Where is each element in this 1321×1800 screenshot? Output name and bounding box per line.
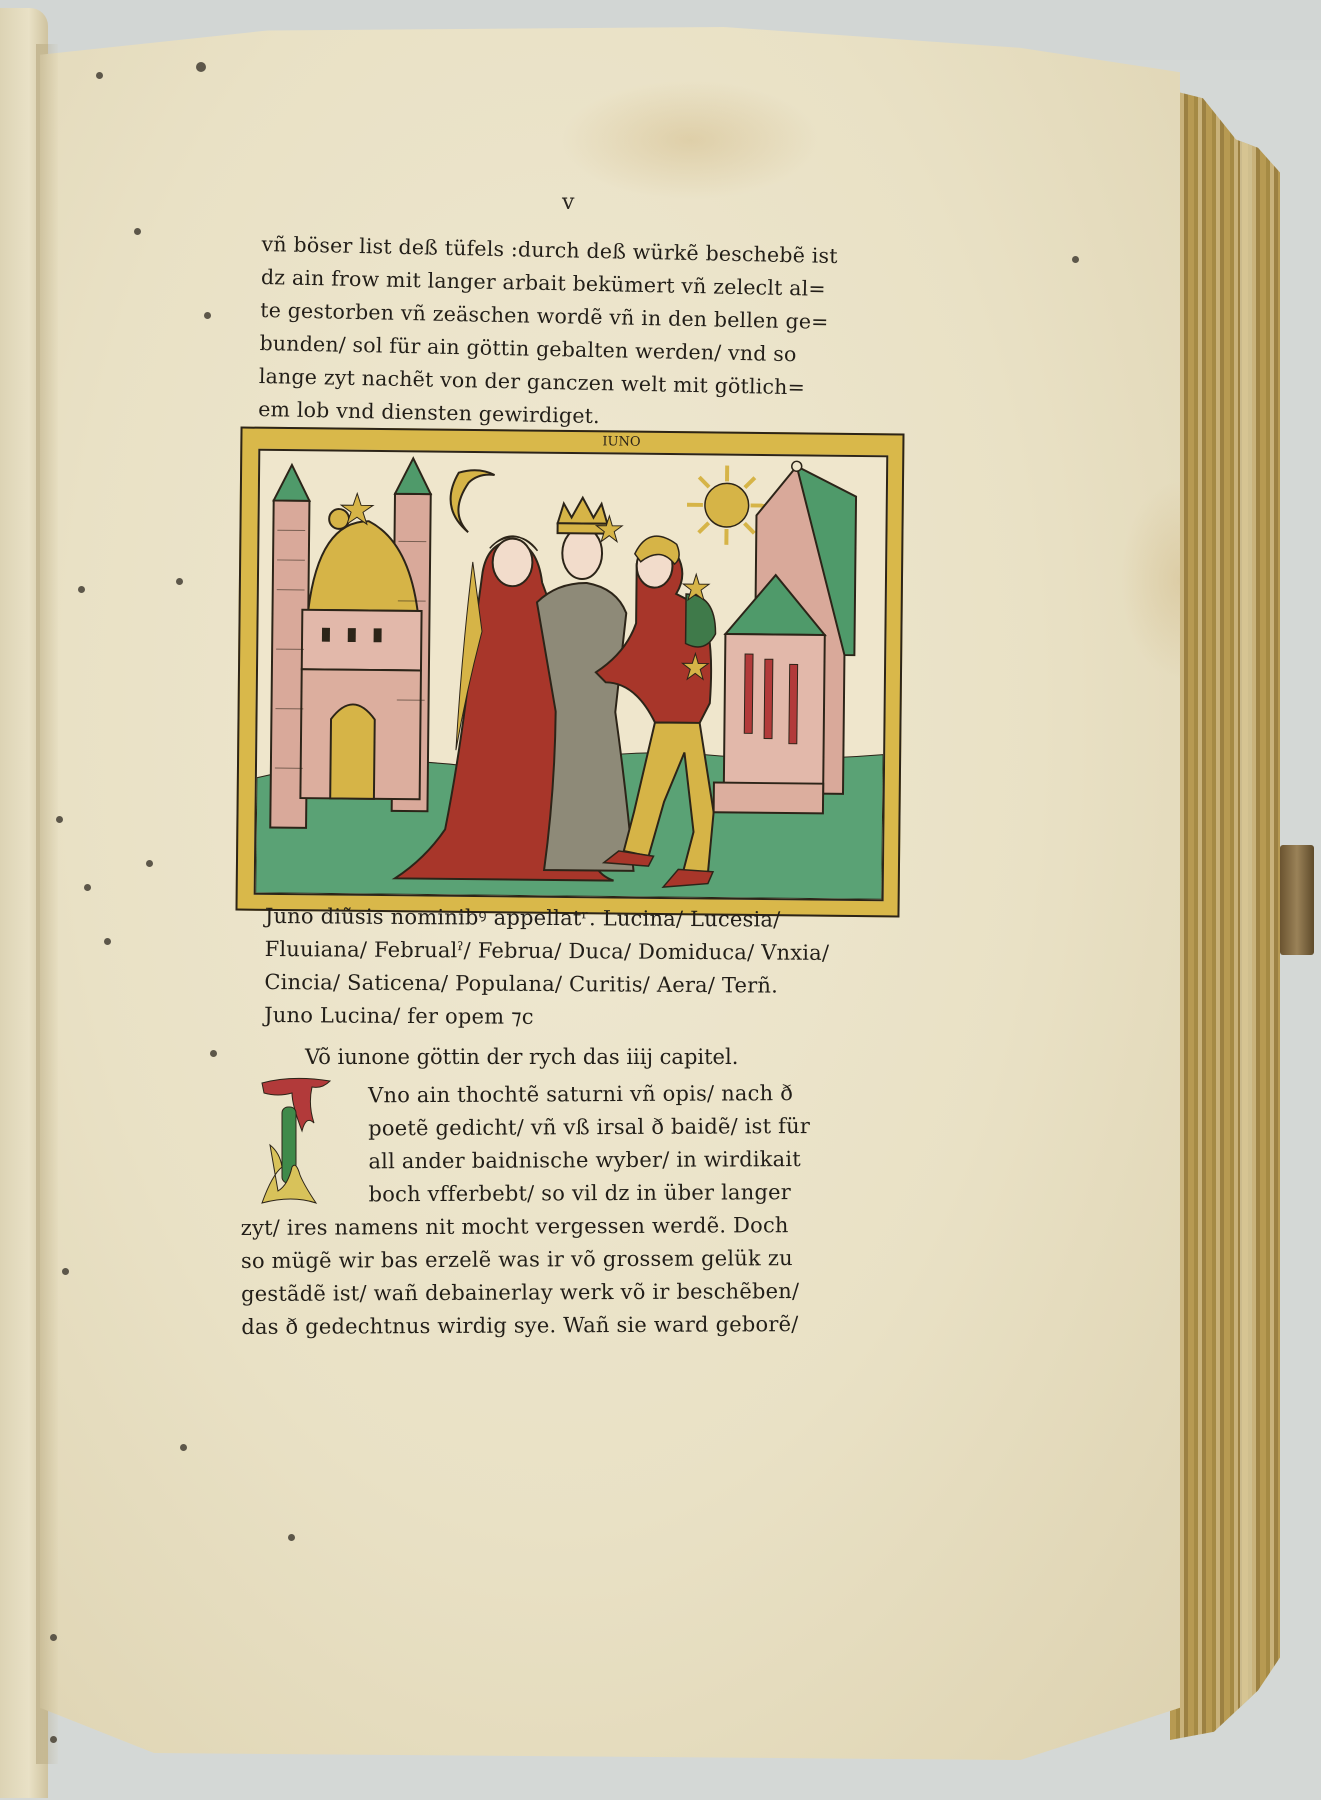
woodcut-illustration: IUNO [235, 427, 904, 918]
body-line: das ð gedechtnus wirdig sye. Wañ sie war… [241, 1308, 811, 1344]
woodcut-caption: Juno diũsis nominibꝰ appellatʳ. Lucina/ … [264, 900, 829, 1036]
wormhole [84, 884, 91, 891]
body-line: zyt/ ires namens nit mocht vergessen wer… [241, 1209, 811, 1245]
body-line: poetẽ gedicht/ vñ vß irsal ð baidẽ/ ist … [240, 1110, 810, 1146]
body-line: all ander baidnische wyber/ in wirdikait [240, 1143, 810, 1179]
caption-line: Fluuiana/ Februalˀ/ Februa/ Duca/ Domidu… [265, 933, 830, 970]
wormhole [56, 816, 63, 823]
woodcut-label: IUNO [602, 434, 640, 449]
chapter-body-text: Vno ain thochtẽ saturni vñ opis/ nach ð … [240, 1077, 811, 1344]
signature-mark: v [562, 190, 574, 215]
body-line: so mügẽ wir bas erzelẽ was ir võ grossem… [241, 1242, 811, 1278]
caption-line: Juno Lucina/ fer opem ⁊c [264, 999, 829, 1036]
wormhole [204, 312, 211, 319]
wormhole [96, 72, 103, 79]
body-line: Vno ain thochtẽ saturni vñ opis/ nach ð [240, 1077, 810, 1113]
water-stain [560, 80, 820, 200]
woodcut-scene-drawing [256, 451, 887, 900]
wormhole [78, 586, 85, 593]
wormhole [104, 938, 111, 945]
body-line: gestãdẽ ist/ wañ debainerlay werk võ ir … [241, 1275, 811, 1311]
wormhole [50, 1634, 57, 1641]
fore-edge [1170, 90, 1280, 1740]
woodcut-scene [254, 449, 889, 902]
wormhole [134, 228, 141, 235]
body-line: boch vfferbebt/ so vil dz in über langer [241, 1176, 811, 1212]
wormhole [196, 62, 206, 72]
wormhole [180, 1444, 187, 1451]
clasp-fragment [1280, 845, 1314, 955]
caption-line: Cincia/ Saticena/ Populana/ Curitis/ Aer… [264, 966, 829, 1003]
wormhole [50, 1736, 57, 1743]
caption-line: Juno diũsis nominibꝰ appellatʳ. Lucina/ … [265, 900, 830, 937]
wormhole [176, 578, 183, 585]
top-text-block: vñ böser list deß tüfels :durch deß würk… [258, 228, 838, 438]
wormhole [210, 1050, 217, 1057]
gutter-shadow [36, 44, 58, 1764]
wormhole [1072, 256, 1079, 263]
chapter-heading: Võ iunone göttin der rych das iiij capit… [305, 1045, 738, 1069]
wormhole [288, 1534, 295, 1541]
wormhole [62, 1268, 69, 1275]
wormhole [146, 860, 153, 867]
